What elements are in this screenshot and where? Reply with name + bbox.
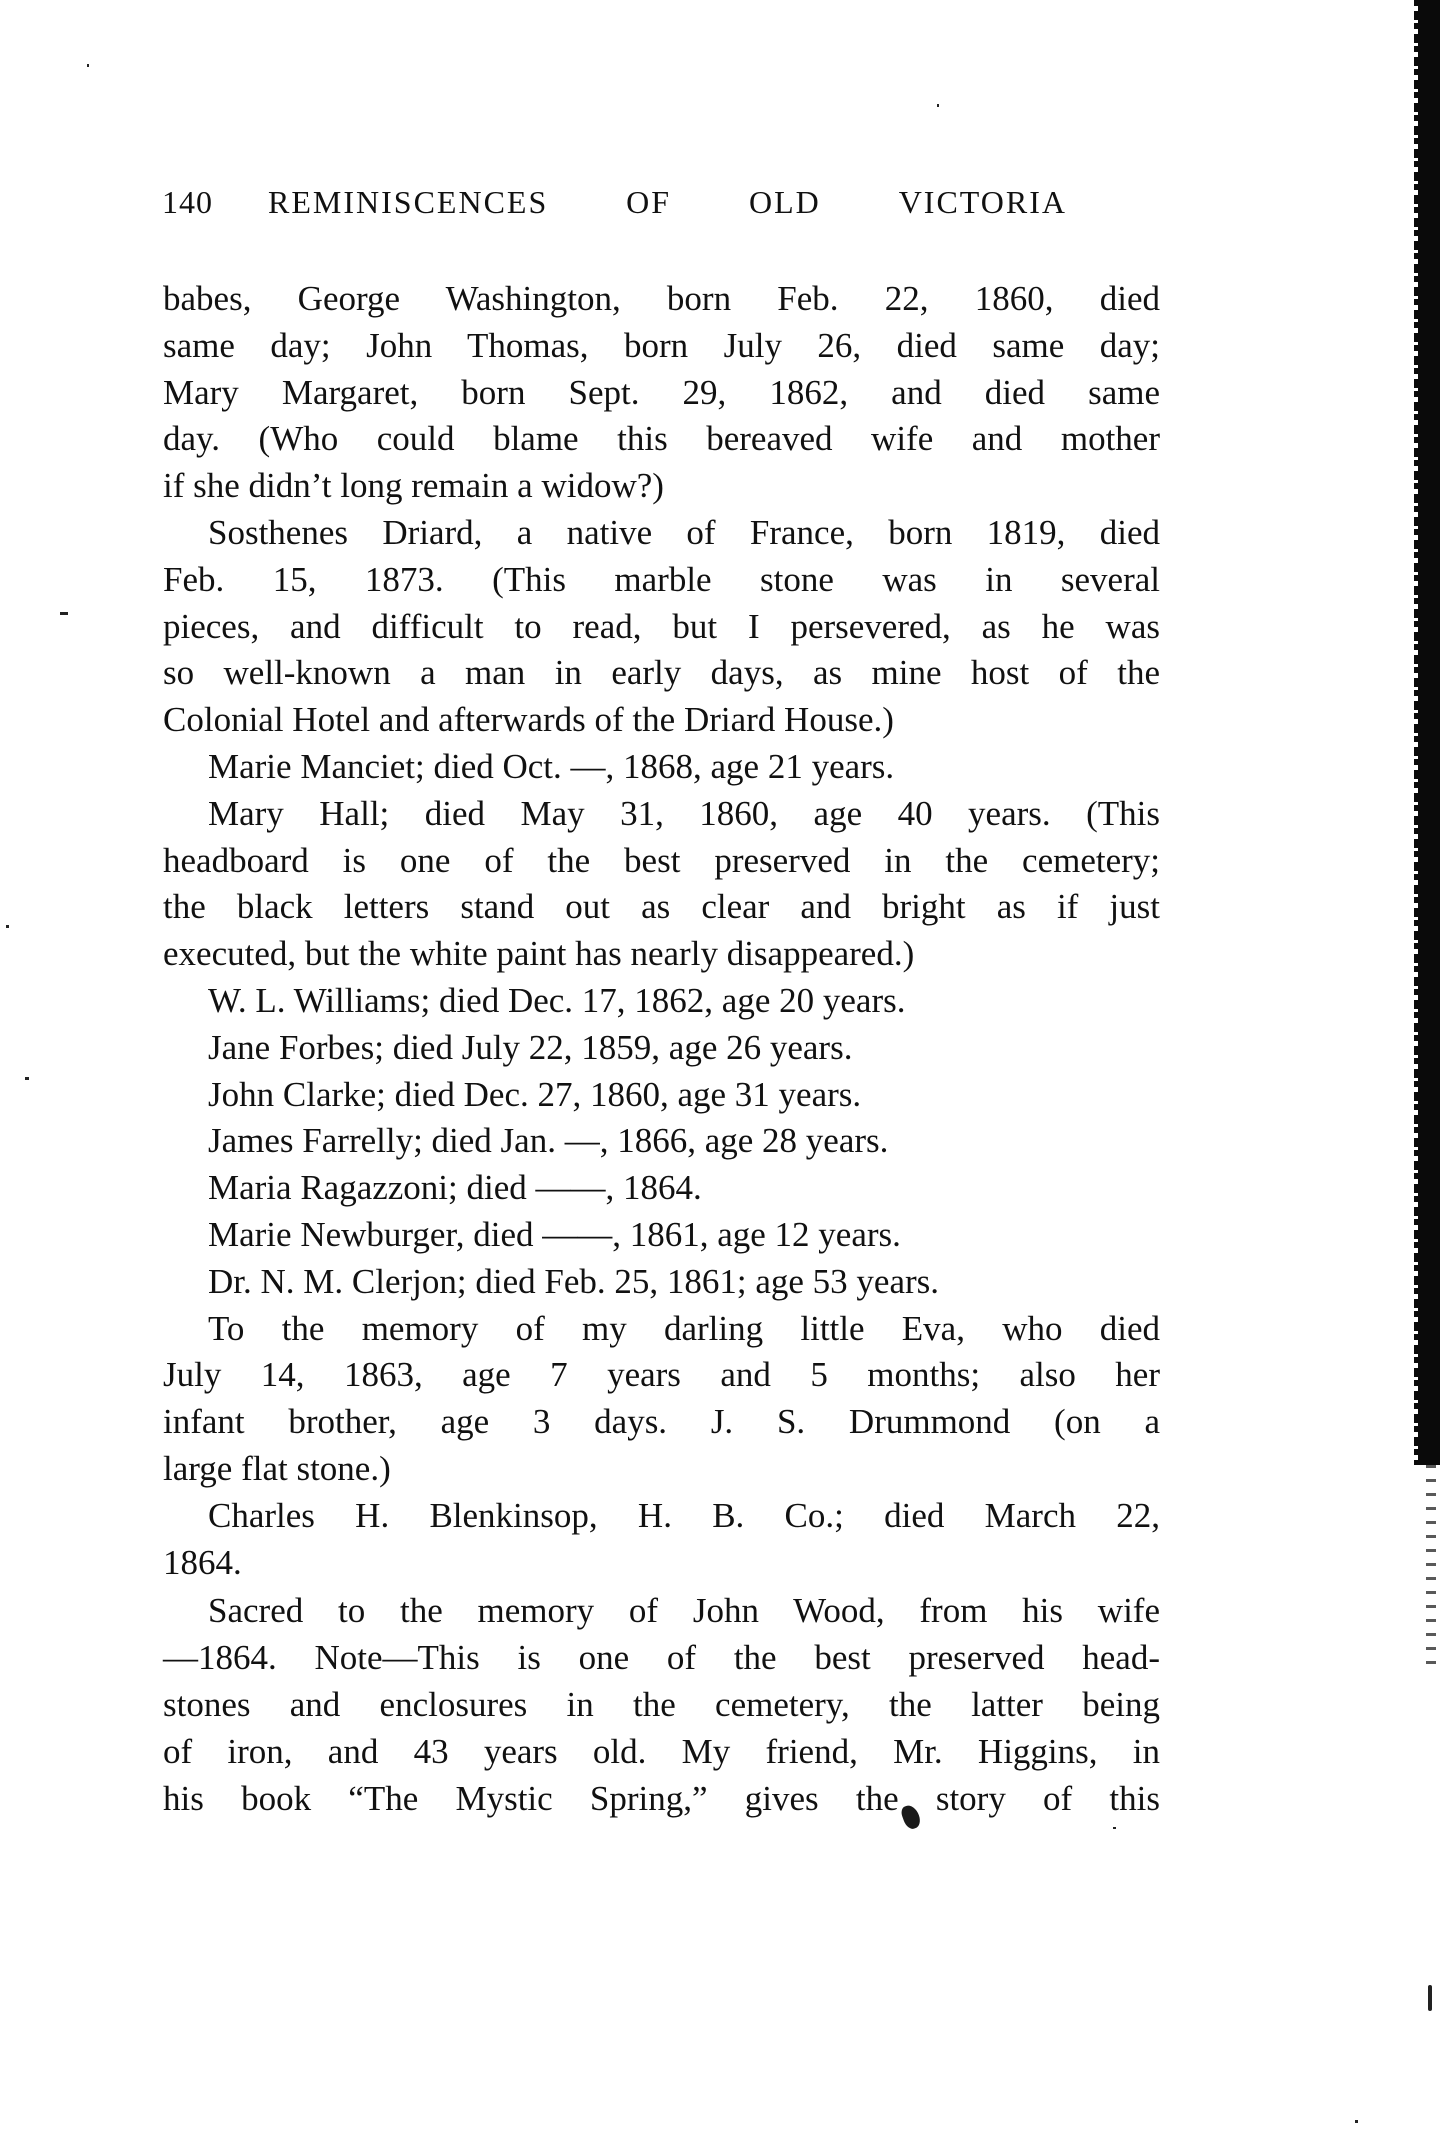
- running-head: 140 REMINISCENCESOFOLDVICTORIA: [162, 184, 1067, 220]
- text-line: Jane Forbes; died July 22, 1859, age 26 …: [163, 1025, 1160, 1072]
- text-line: pieces, and difficult to read, but I per…: [163, 604, 1160, 651]
- text-line: Colonial Hotel and afterwards of the Dri…: [163, 697, 1160, 744]
- speck: [25, 1077, 29, 1080]
- text-line: Feb. 15, 1873. (This marble stone was in…: [163, 557, 1160, 604]
- text-line: To the memory of my darling little Eva, …: [163, 1306, 1160, 1353]
- running-title: REMINISCENCESOFOLDVICTORIA: [268, 184, 1067, 220]
- text-line: July 14, 1863, age 7 years and 5 months;…: [163, 1352, 1160, 1399]
- text-line: Marie Newburger, died ——, 1861, age 12 y…: [163, 1212, 1160, 1259]
- running-title-word: OLD: [749, 184, 821, 220]
- text-line: large flat stone.): [163, 1446, 1160, 1493]
- speck: [87, 64, 89, 67]
- text-line: headboard is one of the best preserved i…: [163, 838, 1160, 885]
- text-line: 1864.: [163, 1540, 1160, 1587]
- text-line: James Farrelly; died Jan. —, 1866, age 2…: [163, 1118, 1160, 1165]
- page-edge-specks: [1426, 1465, 1436, 1675]
- text-line: Charles H. Blenkinsop, H. B. Co.; died M…: [163, 1493, 1160, 1540]
- text-line: the black letters stand out as clear and…: [163, 884, 1160, 931]
- text-line: infant brother, age 3 days. J. S. Drummo…: [163, 1399, 1160, 1446]
- text-line: Dr. N. M. Clerjon; died Feb. 25, 1861; a…: [163, 1259, 1160, 1306]
- text-line: Marie Manciet; died Oct. —, 1868, age 21…: [163, 744, 1160, 791]
- page-edge-speck: [1428, 1985, 1432, 2011]
- text-line: Mary Hall; died May 31, 1860, age 40 yea…: [163, 791, 1160, 838]
- text-line: his book “The Mystic Spring,” gives the …: [163, 1776, 1160, 1823]
- text-line: babes, George Washington, born Feb. 22, …: [163, 276, 1160, 323]
- running-title-word: OF: [626, 184, 671, 220]
- text-line: so well-known a man in early days, as mi…: [163, 650, 1160, 697]
- text-line: same day; John Thomas, born July 26, die…: [163, 323, 1160, 370]
- text-line: W. L. Williams; died Dec. 17, 1862, age …: [163, 978, 1160, 1025]
- text-line: John Clarke; died Dec. 27, 1860, age 31 …: [163, 1072, 1160, 1119]
- text-line: of iron, and 43 years old. My friend, Mr…: [163, 1729, 1160, 1776]
- text-line: Sosthenes Driard, a native of France, bo…: [163, 510, 1160, 557]
- text-line: if she didn’t long remain a widow?): [163, 463, 1160, 510]
- page-number: 140: [162, 184, 268, 220]
- text-line: Mary Margaret, born Sept. 29, 1862, and …: [163, 370, 1160, 417]
- book-page: 140 REMINISCENCESOFOLDVICTORIA babes, Ge…: [0, 0, 1440, 2133]
- text-line: Sacred to the memory of John Wood, from …: [163, 1588, 1160, 1635]
- speck: [60, 612, 68, 615]
- speck: [6, 925, 9, 928]
- speck: [937, 104, 939, 107]
- page-edge-shadow: [1418, 0, 1440, 1465]
- speck: [1113, 1827, 1116, 1829]
- running-title-word: REMINISCENCES: [268, 184, 548, 220]
- running-title-word: VICTORIA: [899, 184, 1067, 220]
- text-line: stones and enclosures in the cemetery, t…: [163, 1682, 1160, 1729]
- text-line: day. (Who could blame this bereaved wife…: [163, 416, 1160, 463]
- body-text: babes, George Washington, born Feb. 22, …: [163, 276, 1160, 1822]
- text-line: —1864. Note—This is one of the best pres…: [163, 1635, 1160, 1682]
- speck: [1355, 2120, 1358, 2123]
- text-line: Maria Ragazzoni; died ——, 1864.: [163, 1165, 1160, 1212]
- text-line: executed, but the white paint has nearly…: [163, 931, 1160, 978]
